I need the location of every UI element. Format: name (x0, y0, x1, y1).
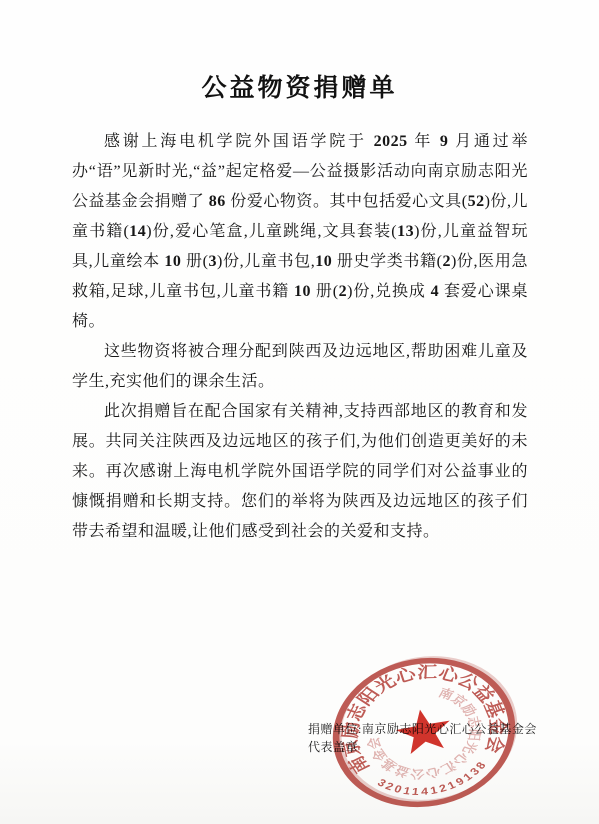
signature-unit-line: 捐赠单位:南京励志阳光心汇心公益基金会 (308, 720, 537, 738)
paragraph-closing-thanks: 此次捐赠旨在配合国家有关精神,支持西部地区的教育和发展。共同关注陕西及边远地区的… (72, 397, 528, 547)
signature-block: 捐赠单位:南京励志阳光心汇心公益基金会 代表盖章 (308, 720, 537, 756)
paragraph-distribution-plan: 这些物资将被合理分配到陕西及边远地区,帮助困难儿童及学生,充实他们的课余生活。 (72, 337, 528, 397)
donation-receipt-page: 公益物资捐赠单 感谢上海电机学院外国语学院于 2025 年 9 月通过举办“语”… (0, 0, 599, 824)
signature-seal-line: 代表盖章 (308, 738, 537, 756)
seal-org-name-arc: 南京励志阳光心汇心公益基金会 (327, 649, 516, 783)
page-title: 公益物资捐赠单 (0, 68, 599, 104)
seal-registration-code: 3201141219138 (373, 757, 494, 806)
paragraph-donation-details: 感谢上海电机学院外国语学院于 2025 年 9 月通过举办“语”见新时光,“益”… (72, 127, 528, 337)
document-body: 感谢上海电机学院外国语学院于 2025 年 9 月通过举办“语”见新时光,“益”… (72, 127, 528, 547)
